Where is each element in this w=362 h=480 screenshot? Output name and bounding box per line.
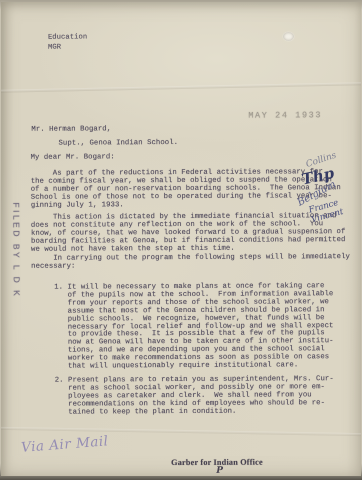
classification-heading: EducationMGR [48, 32, 87, 52]
paragraph-1: As part of the reductions in Federal act… [31, 169, 341, 210]
stamp-initial-mark: P [216, 466, 223, 476]
scanned-letter: EducationMGR MAY 24 1933 Mr. Herman Boga… [0, 0, 362, 480]
recipient-name: Mr. Herman Bogard, [31, 126, 111, 134]
list-item-2: 2. Present plans are to retain you as su… [55, 376, 334, 417]
letter-content: EducationMGR MAY 24 1933 Mr. Herman Boga… [0, 0, 362, 480]
classification-line2: MGR [48, 44, 61, 52]
recipient-title: Supt., Genoa Indian School. [58, 140, 178, 149]
classification-line1: Education [48, 33, 87, 41]
list-item-1: 1. It will be necessary to make plans at… [54, 283, 333, 371]
filed-by-stamp: FILED BY L D K [8, 180, 22, 320]
received-date-stamp: MAY 24 1933 [248, 110, 322, 120]
paragraph-3: In carrying out the program the followin… [31, 254, 350, 271]
paragraph-2: This action is dictated by the immediate… [31, 213, 346, 254]
salutation: My dear Mr. Bogard: [31, 154, 115, 162]
air-mail-note: Via Air Mail [21, 433, 109, 456]
